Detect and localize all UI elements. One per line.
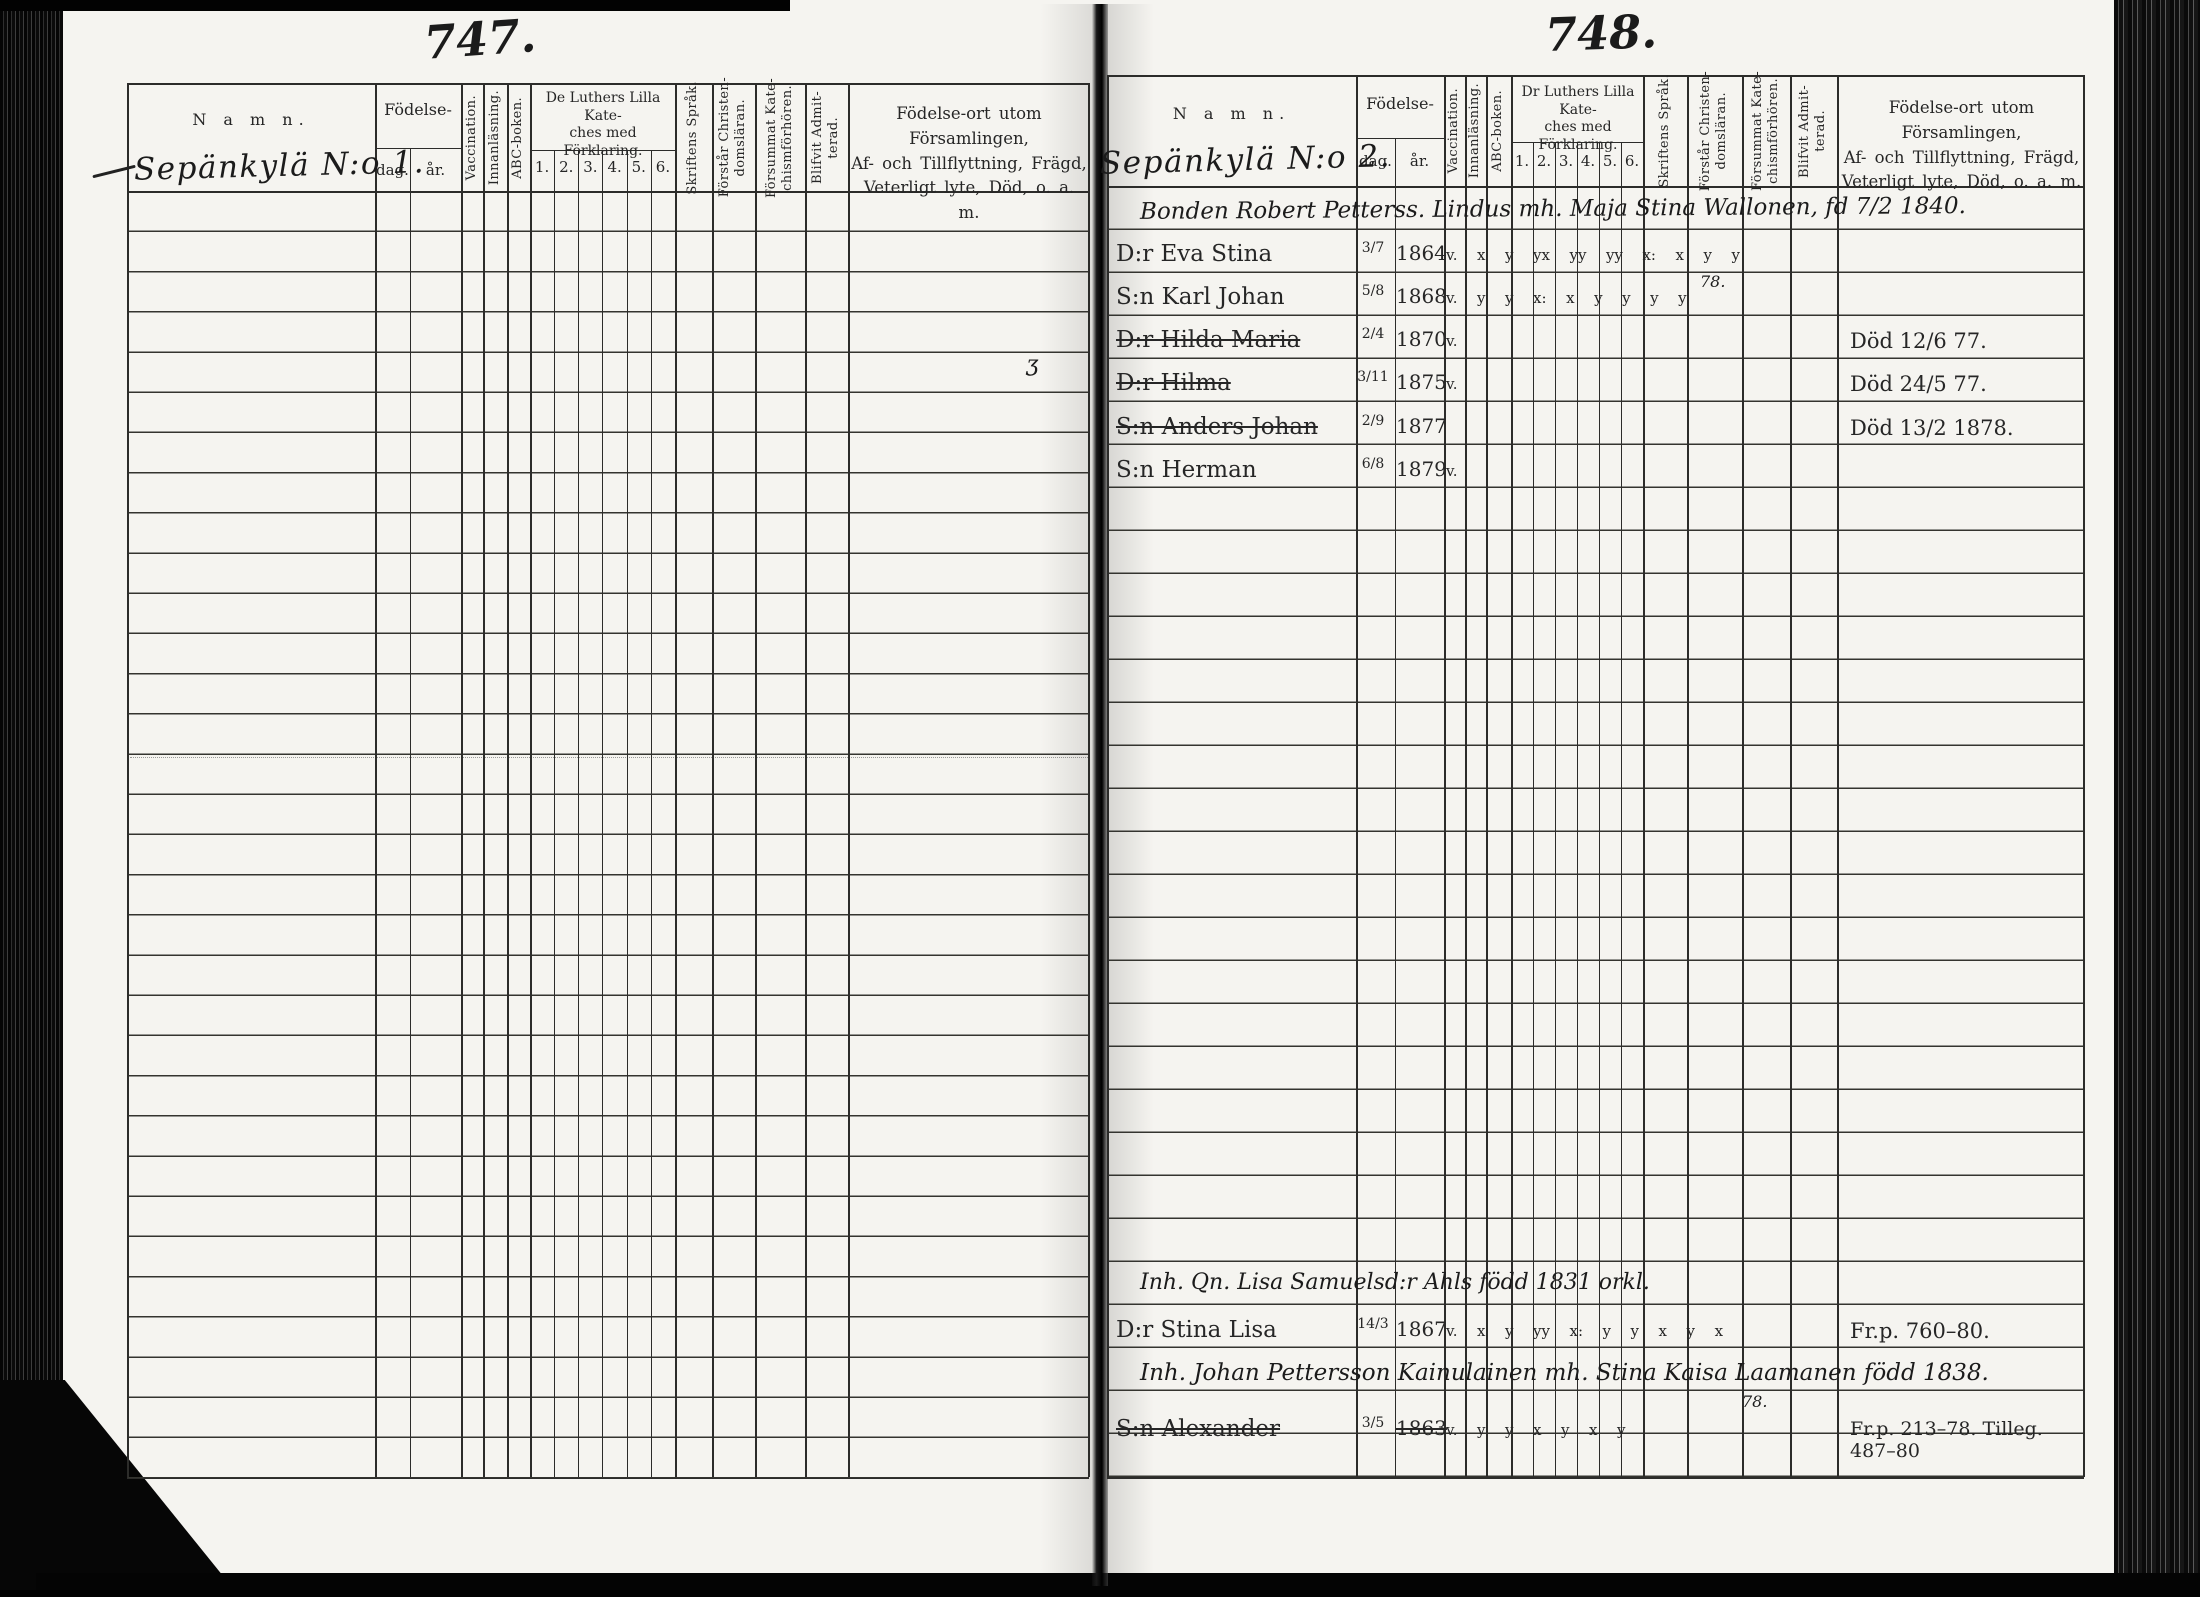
- col-header-blifvit: Blifvit Admit- terad.: [805, 86, 848, 189]
- kateches-col-6: 6.: [651, 158, 675, 184]
- col-header-innanlasning: Innanläsning.: [1465, 78, 1486, 184]
- kateches-col-4: 4.: [603, 158, 627, 184]
- kateches-col-2: 2.: [1533, 152, 1555, 178]
- col-header-vaccination-label: Vaccination.: [1447, 88, 1462, 173]
- entry-moved-note: Fr.p. 213–78. Tilleg. 487–80: [1850, 1418, 2083, 1462]
- entry-marks: v. y y x: x y y y y: [1446, 289, 1656, 307]
- col-header-kateches-line1: De Luthers Lilla Kate-: [532, 90, 674, 125]
- parish-register-scan: 747. N a m n. Födelse- dag. år. Vaccinat…: [0, 0, 2200, 1597]
- village-title-left: Sepänkylä N:o 1.: [134, 144, 426, 188]
- col-header-abc-boken-label: ABC-boken.: [1491, 90, 1506, 172]
- page-number-right: 748.: [1544, 4, 1658, 62]
- entry-death-note: Död 24/5 77.: [1850, 372, 2083, 396]
- col-header-innanlasning-label: Innanläsning.: [1468, 83, 1483, 178]
- col-header-ar: år.: [1395, 152, 1444, 170]
- col-header-forsummat: Försummat Kate- chismförhören.: [1742, 78, 1790, 184]
- col-header-kateches-line2: ches med Förklaring.: [1513, 119, 1643, 154]
- kateches-col-3: 3.: [578, 158, 602, 184]
- col-header-notes: Födelse-ort utom Församlingen, Af- och T…: [850, 102, 1088, 226]
- col-header-innanlasning: Innanläsning.: [483, 86, 507, 189]
- kateches-col-4: 4.: [1577, 152, 1599, 178]
- entry-birth-day: 14/3: [1352, 1316, 1394, 1332]
- entry-marks: v. y y x y x y: [1446, 1421, 1656, 1439]
- entry-birth-year: 1868: [1396, 284, 1444, 308]
- entry-marks: v.: [1446, 462, 1656, 480]
- col-header-forstar: Förstår Christen- domsläran.: [712, 86, 755, 189]
- scan-bottom-edge-strip: [0, 1590, 2200, 1597]
- entry-birth-year: 1877: [1396, 414, 1444, 438]
- lodger-entry-line: Inh. Johan Pettersson Kainulainen mh. St…: [1140, 1360, 1989, 1386]
- entry-marks: v. x y yx yy yy x: x y y: [1446, 246, 1656, 264]
- register-entry: D:r Hilda Maria 2/4 1870 v. Död 12/6 77.: [0, 323, 2200, 366]
- col-header-forstar-line1: Förstår Christen-: [1699, 71, 1714, 191]
- col-header-blifvit-line1: Blifvit Admit-: [1798, 85, 1813, 178]
- col-header-vaccination: Vaccination.: [461, 86, 483, 189]
- entry-birth-day: 6/8: [1352, 456, 1394, 472]
- entry-birth-day: 3/11: [1352, 369, 1394, 385]
- col-header-kateches: De Luthers Lilla Kate- ches med Förklari…: [532, 90, 674, 160]
- col-header-blifvit-line1: Blifvit Admit-: [811, 91, 826, 184]
- col-header-notes-line2: Af- och Tillflyttning, Frägd,: [1840, 146, 2083, 171]
- col-header-notes-line3: Veterligt lyte, Död, o. a. m.: [1840, 170, 2083, 195]
- col-header-abc-boken: ABC-boken.: [1486, 78, 1511, 184]
- register-entry: S:n Anders Johan 2/9 1877 Död 13/2 1878.: [0, 410, 2200, 453]
- entry-name: D:r Eva Stina: [1116, 241, 1348, 267]
- col-header-notes-line3: Veterligt lyte, Död, o. a. m.: [850, 176, 1088, 226]
- faint-dotted-line: [130, 757, 1088, 758]
- col-header-forstar: Förstår Christen- domsläran.: [1687, 78, 1742, 184]
- entry-birth-day: 5/8: [1352, 283, 1394, 299]
- admitted-year-note: 78.: [1742, 1392, 1767, 1411]
- col-header-vaccination: Vaccination.: [1444, 78, 1465, 184]
- kateches-col-3: 3.: [1555, 152, 1577, 178]
- col-header-blifvit: Blifvit Admit- terad.: [1790, 78, 1837, 184]
- col-header-blifvit-line2: terad.: [827, 117, 842, 159]
- kateches-col-2: 2.: [554, 158, 578, 184]
- entry-birth-year: 1870: [1396, 327, 1444, 351]
- register-entry: D:r Eva Stina 3/7 1864 v. x y yx yy yy x…: [0, 237, 2200, 280]
- col-header-forsummat-line1: Försummat Kate-: [1751, 71, 1766, 191]
- col-header-kateches: Dr Luthers Lilla Kate- ches med Förklari…: [1513, 84, 1643, 154]
- entry-moved-note: Fr.p. 760–80.: [1850, 1319, 2083, 1343]
- kateches-subcolumns: 1. 2. 3. 4. 5. 6.: [530, 158, 675, 184]
- col-header-vaccination-label: Vaccination.: [465, 95, 480, 180]
- col-header-blifvit-line2: terad.: [1814, 110, 1829, 152]
- col-header-notes-line2: Af- och Tillflyttning, Frägd,: [850, 152, 1088, 177]
- entry-birth-day: 2/4: [1352, 326, 1394, 342]
- col-header-skriftens-sprak: Skriftens Språk.: [1643, 78, 1687, 184]
- col-header-forsummat-line2: chismförhören.: [781, 85, 796, 191]
- entry-name: S:n Anders Johan: [1116, 414, 1348, 440]
- col-header-forstar-line2: domsläran.: [734, 99, 749, 177]
- register-entry: D:r Hilma 3/11 1875 v. Död 24/5 77.: [0, 366, 2200, 409]
- entry-death-note: Död 12/6 77.: [1850, 329, 2083, 353]
- rule-line: [1107, 75, 2084, 77]
- entry-name: S:n Herman: [1116, 457, 1348, 483]
- entry-death-note: Död 13/2 1878.: [1850, 416, 2083, 440]
- col-header-skriftens-sprak-label: Skriftens Språk.: [1658, 74, 1673, 188]
- entry-birth-year: 1875: [1396, 370, 1444, 394]
- entry-birth-year: 1863: [1396, 1416, 1444, 1440]
- col-header-kateches-line2: ches med Förklaring.: [532, 125, 674, 160]
- entry-marks: v.: [1446, 332, 1656, 350]
- pen-arrow-mark: [92, 165, 135, 178]
- kateches-col-5: 5.: [627, 158, 651, 184]
- col-header-forstar-line2: domsläran.: [1715, 92, 1730, 170]
- col-header-notes-line1: Födelse-ort utom Församlingen,: [1840, 96, 2083, 146]
- col-header-forsummat: Försummat Kate- chismförhören.: [755, 86, 805, 189]
- entry-birth-day: 3/5: [1352, 1415, 1394, 1431]
- col-header-kateches-line1: Dr Luthers Lilla Kate-: [1513, 84, 1643, 119]
- entry-birth-year: 1867: [1396, 1317, 1444, 1341]
- col-header-notes-line1: Födelse-ort utom Församlingen,: [850, 102, 1088, 152]
- entry-name: S:n Alexander: [1116, 1416, 1348, 1442]
- rule-line: [127, 83, 1089, 85]
- col-header-forstar-line1: Förstår Christen-: [718, 77, 733, 197]
- col-header-namn: N a m n.: [1107, 104, 1356, 123]
- entry-birth-day: 3/7: [1352, 240, 1394, 256]
- entry-birth-year: 1864: [1396, 241, 1444, 265]
- entry-marks: v.: [1446, 375, 1656, 393]
- col-header-innanlasning-label: Innanläsning.: [488, 90, 503, 185]
- col-header-fodelse: Födelse-: [375, 100, 461, 119]
- col-header-skriftens-sprak: Skriftens Språk.: [675, 86, 712, 189]
- register-entry: S:n Herman 6/8 1879 v.: [0, 453, 2200, 496]
- entry-birth-year: 1879: [1396, 457, 1444, 481]
- col-header-notes: Födelse-ort utom Församlingen, Af- och T…: [1840, 96, 2083, 195]
- col-header-skriftens-sprak-label: Skriftens Språk.: [686, 81, 701, 195]
- col-header-forsummat-line1: Försummat Kate-: [765, 78, 780, 198]
- register-entry: S:n Karl Johan 5/8 1868 v. y y x: x y y …: [0, 280, 2200, 323]
- entry-birth-day: 2/9: [1352, 413, 1394, 429]
- kateches-col-1: 1.: [1511, 152, 1533, 178]
- lodger-entry-line: Inh. Qn. Lisa Samuelsd:r Ahls född 1831 …: [1140, 1270, 1650, 1295]
- register-entry: S:n Alexander 3/5 1863 v. y y x y x y Fr…: [0, 1412, 2200, 1455]
- col-header-namn: N a m n.: [127, 110, 375, 129]
- entry-marks: v. x y yy x: y y x y x: [1446, 1322, 1656, 1340]
- entry-name: S:n Karl Johan: [1116, 284, 1348, 310]
- page-number-left: 747.: [422, 8, 538, 70]
- col-header-fodelse: Födelse-: [1356, 94, 1444, 113]
- village-title-right: Sepänkylä N:o 2.: [1100, 138, 1392, 182]
- entry-name: D:r Stina Lisa: [1116, 1317, 1348, 1343]
- scan-top-edge: [0, 0, 790, 11]
- rule-line: [1107, 1477, 2084, 1479]
- entry-name: D:r Hilda Maria: [1116, 327, 1348, 353]
- kateches-col-5: 5.: [1599, 152, 1621, 178]
- kateches-col-1: 1.: [530, 158, 554, 184]
- entry-name: D:r Hilma: [1116, 370, 1348, 396]
- register-entry: D:r Stina Lisa 14/3 1867 v. x y yy x: y …: [0, 1313, 2200, 1356]
- admitted-year-note: 78.: [1700, 272, 1725, 291]
- kateches-col-6: 6.: [1621, 152, 1643, 178]
- kateches-subcolumns: 1. 2. 3. 4. 5. 6.: [1511, 152, 1643, 178]
- col-header-abc-boken-label: ABC-boken.: [511, 97, 526, 179]
- col-header-forsummat-line2: chismförhören.: [1767, 78, 1782, 184]
- col-header-abc-boken: ABC-boken.: [507, 86, 530, 189]
